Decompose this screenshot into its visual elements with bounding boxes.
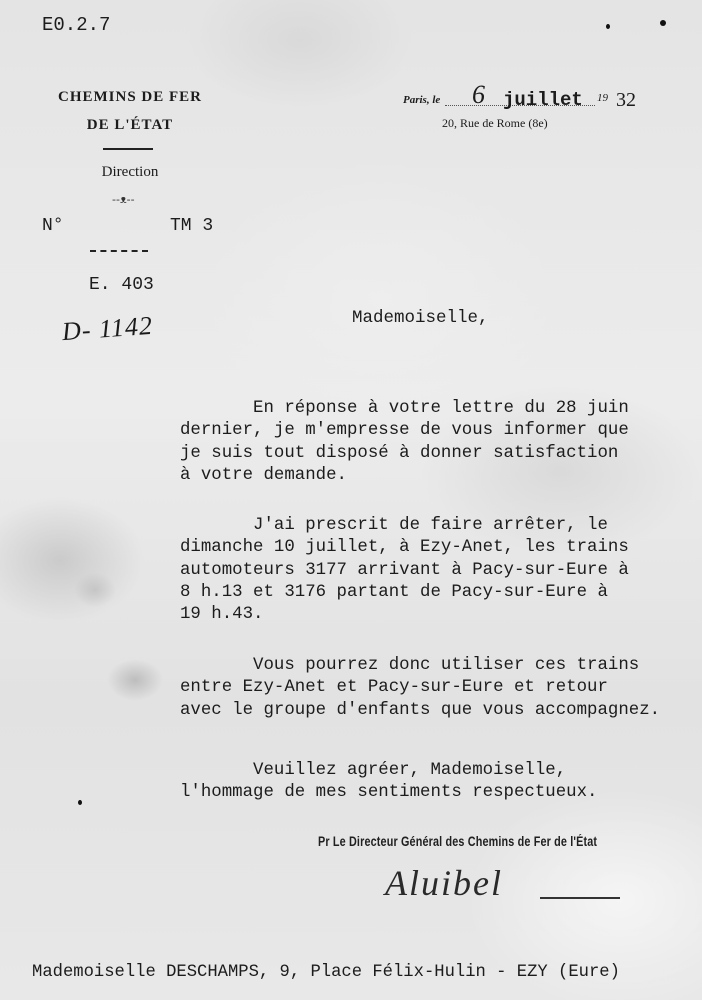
text-line: Vous pourrez donc utiliser ces trains (180, 655, 702, 677)
text-line: dernier, je m'empresse de vous informer … (180, 420, 702, 442)
text-line: automoteurs 3177 arrivant à Pacy-sur-Eur… (180, 560, 702, 582)
text-line: l'hommage de mes sentiments respectueux. (180, 782, 702, 804)
paragraph-3: Vous pourrez donc utiliser ces trains en… (180, 655, 702, 722)
reference-code: E0.2.7 (42, 14, 110, 36)
text-line: 8 h.13 et 3176 partant de Pacy-sur-Eure … (180, 582, 702, 604)
ornament-divider: --ᴥ-- (112, 193, 135, 206)
text-line: 19 h.43. (180, 604, 702, 626)
text-line: à votre demande. (180, 465, 702, 487)
ink-speck (660, 20, 666, 26)
paragraph-2: J'ai prescrit de faire arrêter, le diman… (180, 515, 702, 626)
date-year: 32 (616, 89, 636, 112)
text-line: Veuillez agréer, Mademoiselle, (180, 760, 702, 782)
paragraph-1: En réponse à votre lettre du 28 juin der… (180, 398, 702, 487)
paper-background (0, 0, 702, 1000)
date-month: juillet (503, 89, 583, 111)
sender-address: 20, Rue de Rome (8e) (442, 116, 548, 131)
closing-paragraph: Veuillez agréer, Mademoiselle, l'hommage… (180, 760, 702, 805)
service-code: TM 3 (170, 216, 213, 236)
ink-speck (78, 800, 82, 805)
letterhead-divider (103, 148, 153, 150)
department-label: Direction (30, 164, 230, 181)
salutation: Mademoiselle, (352, 308, 489, 328)
date-place: Paris, le (403, 94, 440, 106)
organization-name-line2: DE L'ÉTAT (30, 117, 230, 134)
text-line: je suis tout disposé à donner satisfacti… (180, 443, 702, 465)
handwritten-signature: Aluibel (385, 862, 503, 904)
date-day-handwritten: 6 (472, 80, 485, 110)
text-line: avec le groupe d'enfants que vous accomp… (180, 700, 702, 722)
date-century: 19 (597, 92, 608, 104)
recipient-address: Mademoiselle DESCHAMPS, 9, Place Félix-H… (32, 963, 620, 982)
organization-name-line1: CHEMINS DE FER (30, 89, 230, 106)
text-line: En réponse à votre lettre du 28 juin (180, 398, 702, 420)
text-line: J'ai prescrit de faire arrêter, le (180, 515, 702, 537)
file-reference: E. 403 (89, 275, 154, 295)
handwritten-reference: D- 1142 (61, 311, 154, 347)
text-line: dimanche 10 juillet, à Ezy-Anet, les tra… (180, 537, 702, 559)
dashed-divider (90, 250, 148, 252)
number-label: N° (42, 216, 64, 236)
director-stamp: Pr Le Directeur Général des Chemins de F… (318, 834, 597, 849)
ink-speck (606, 24, 610, 29)
text-line: entre Ezy-Anet et Pacy-sur-Eure et retou… (180, 677, 702, 699)
signature-flourish (540, 897, 620, 899)
